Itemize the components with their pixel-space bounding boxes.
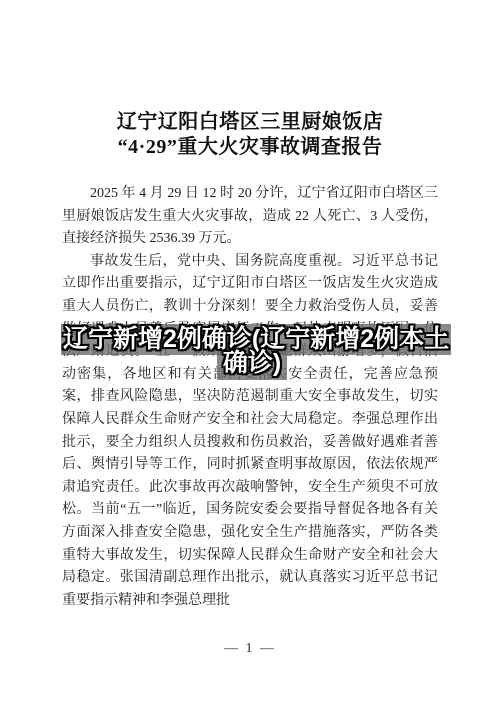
document-title-line-2: “4·29”重大火灾事故调查报告: [0, 135, 500, 160]
overlay-headline-line-2: 确诊): [217, 349, 287, 380]
paragraph-incident-summary: 2025 年 4 月 29 日 12 时 20 分许，辽宁省辽阳市白塔区三里厨娘…: [62, 183, 438, 251]
document-title: 辽宁辽阳白塔区三里厨娘饭店 “4·29”重大火灾事故调查报告: [0, 110, 500, 160]
document-title-line-1: 辽宁辽阳白塔区三里厨娘饭店: [0, 110, 500, 135]
page-number: — 1 —: [0, 641, 500, 657]
paragraph-official-response: 事故发生后，党中央、国务院高度重视。习近平总书记立即作出重要指示，辽宁辽阳市白塔…: [62, 251, 438, 613]
document-page: 辽宁辽阳白塔区三里厨娘饭店 “4·29”重大火灾事故调查报告 2025 年 4 …: [0, 0, 500, 707]
document-body: 2025 年 4 月 29 日 12 时 20 分许，辽宁省辽阳市白塔区三里厨娘…: [62, 183, 438, 612]
overlay-headline-banner: 辽宁新增2例确诊(辽宁新增2例本土 确诊): [61, 324, 443, 380]
